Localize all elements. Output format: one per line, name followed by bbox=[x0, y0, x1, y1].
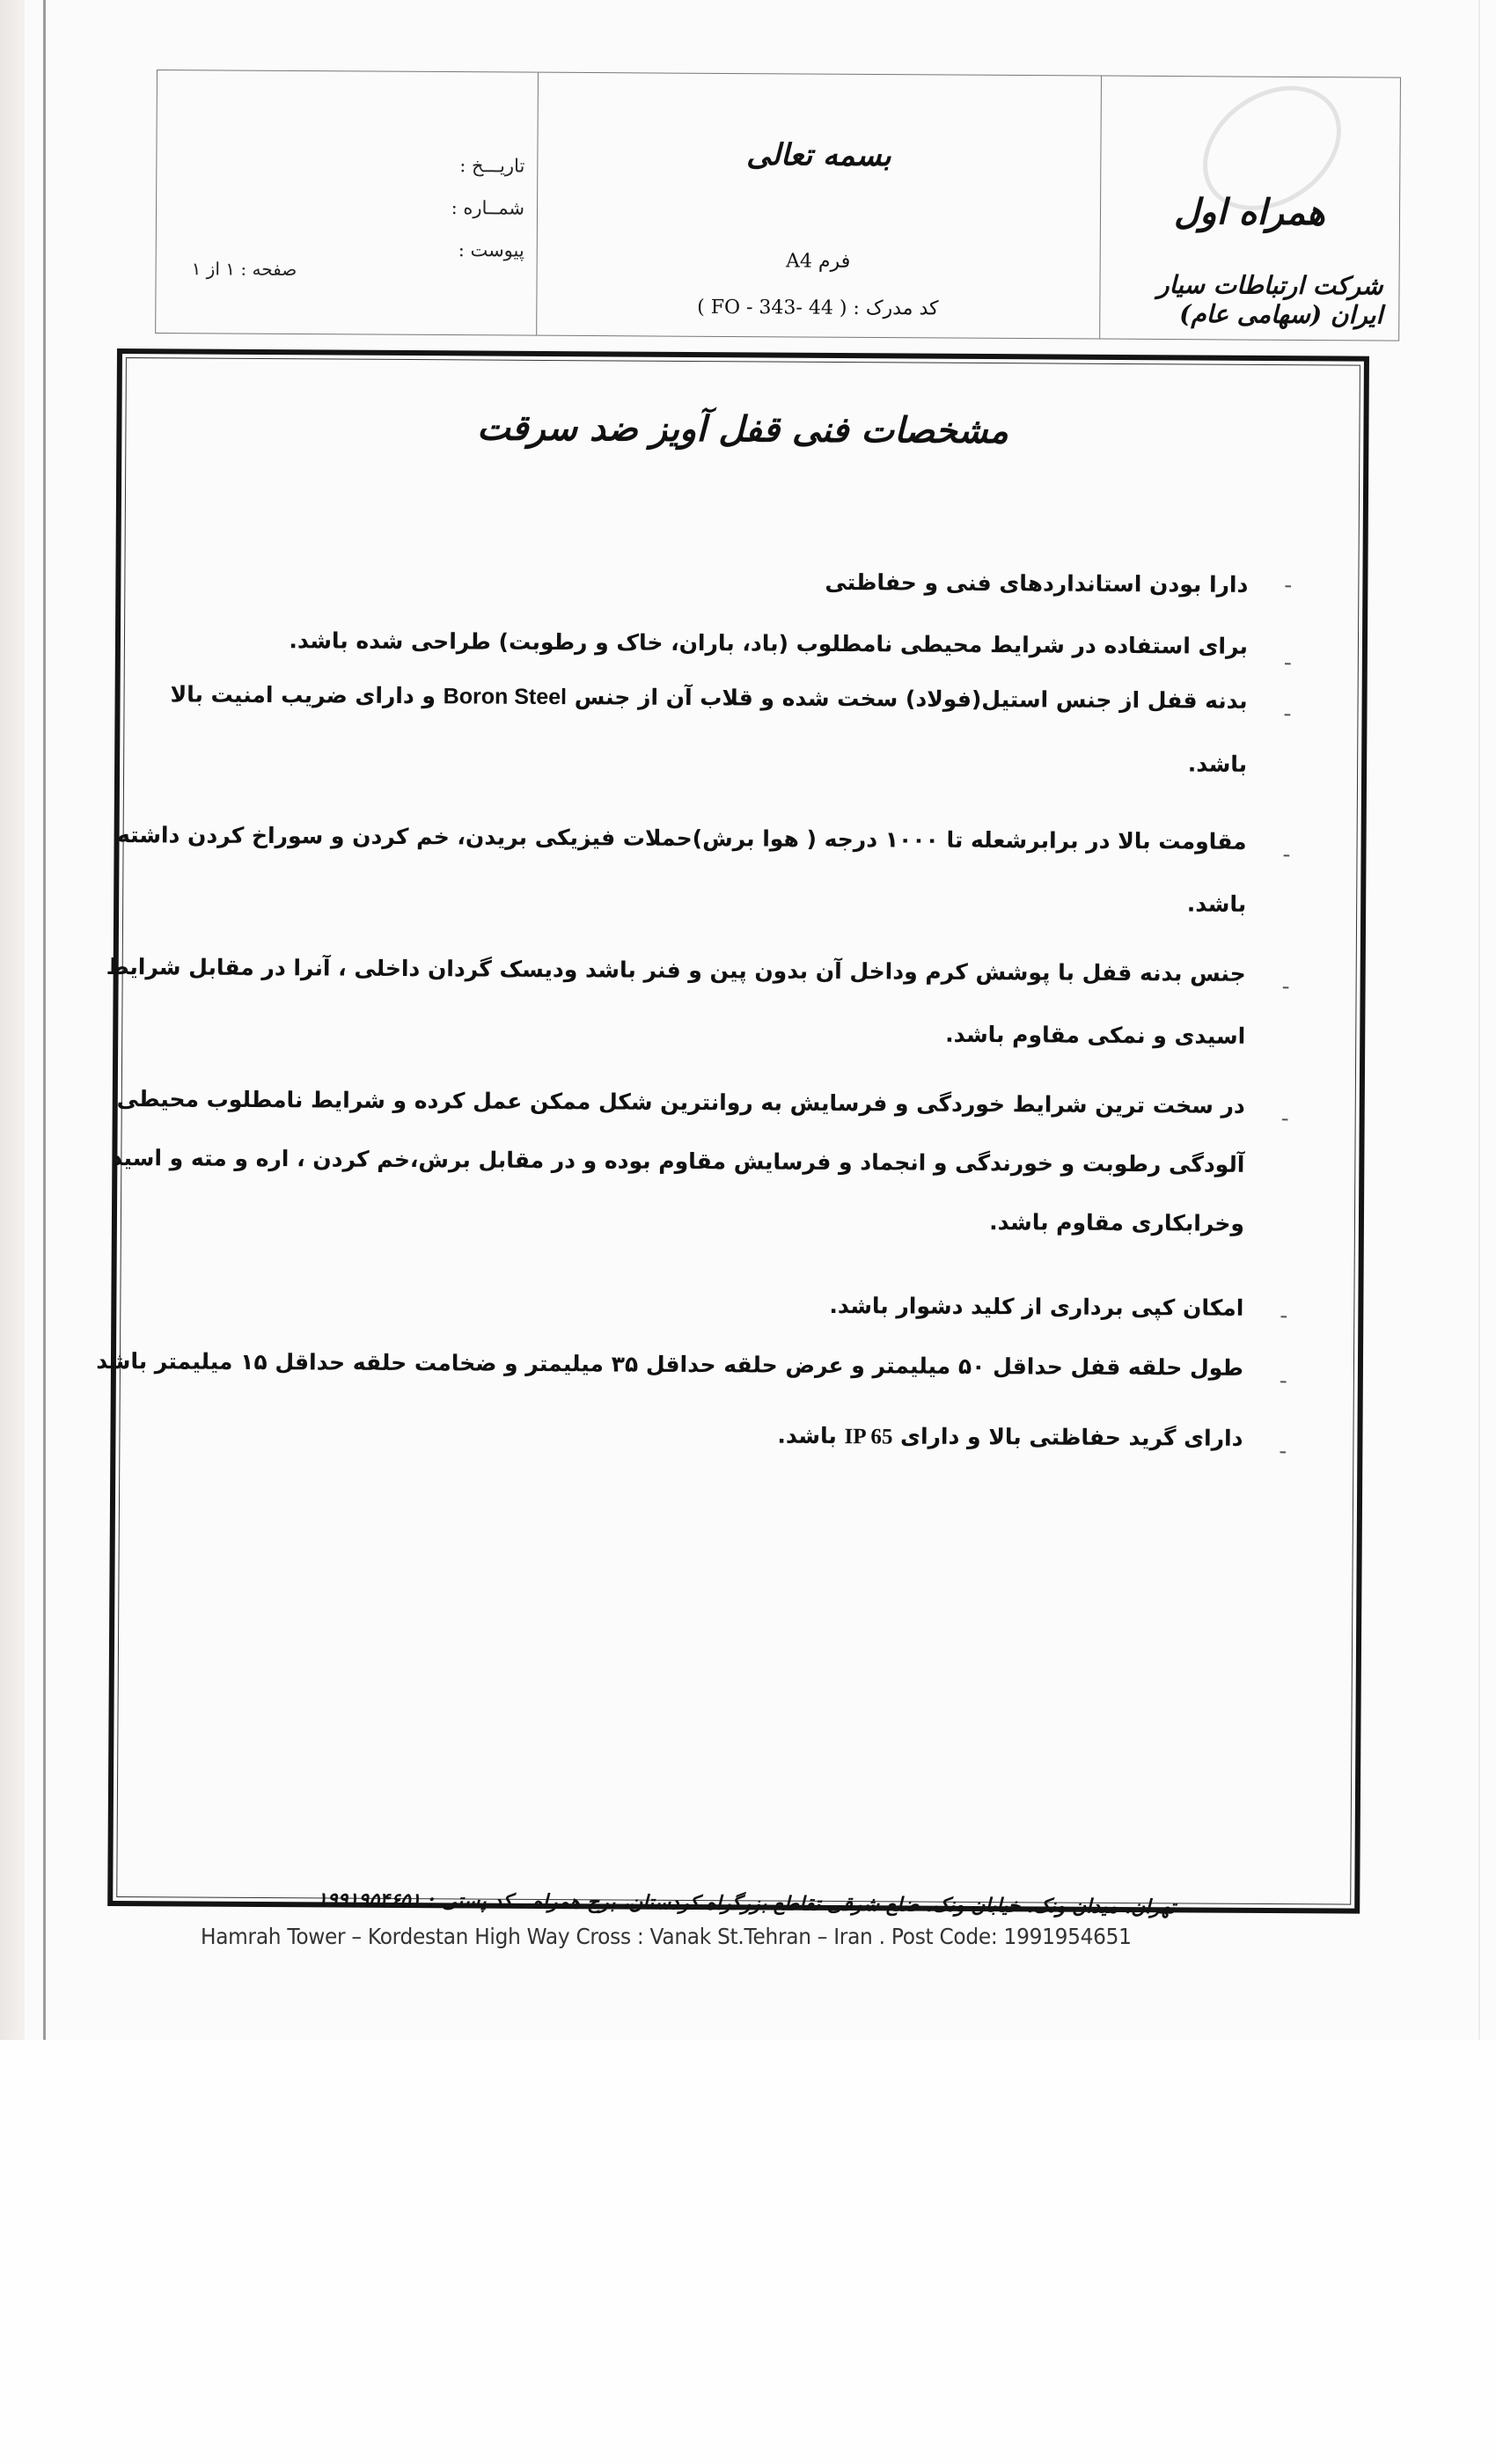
document-code: کد مدرک : ( FO - 343- 44 ) bbox=[536, 296, 1099, 321]
spec-text-part: و دارای ضریب امنیت بالا bbox=[170, 681, 436, 708]
spec-text: دارای گرید حفاظتی بالا و دارای IP 65 باش… bbox=[184, 1419, 1243, 1451]
bullet-dash: - bbox=[1281, 1105, 1289, 1131]
spec-item: - طول حلقه قفل حداقل ۵۰ میلیمتر و عرض حل… bbox=[185, 1348, 1243, 1425]
date-label: تاریـــخ : bbox=[451, 144, 525, 187]
bullet-dash: - bbox=[1283, 700, 1291, 726]
spec-item: - در سخت ترین شرایط خوردگی و فرسایش به ر… bbox=[185, 1086, 1244, 1294]
spec-item: - دارای گرید حفاظتی بالا و دارای IP 65 ب… bbox=[184, 1419, 1243, 1478]
scan-edge-line bbox=[43, 0, 46, 2040]
spec-item: - دارا بودن استانداردهای فنی و حفاظتی bbox=[189, 566, 1248, 634]
bullet-dash: - bbox=[1284, 649, 1292, 675]
ip-rating: IP 65 bbox=[844, 1425, 892, 1448]
footer-address-english: Hamrah Tower – Kordestan High Way Cross … bbox=[201, 1924, 1132, 1949]
letterhead-header: تاریـــخ : شمــاره : پیوست : صفحه : ۱ از… bbox=[155, 70, 1401, 341]
spec-item: - بدنه قفل از جنس استیل(فولاد) سخت شده و… bbox=[188, 682, 1248, 829]
document-title: مشخصات فنی قفل آویز ضد سرقت bbox=[121, 405, 1363, 454]
spec-text: جنس بدنه قفل با پوشش کرم وداخل آن بدون پ… bbox=[187, 955, 1246, 986]
spec-text-part: دارای گرید حفاظتی بالا و دارای bbox=[900, 1423, 1243, 1450]
spec-text: برای استفاده در شرایط محیطی نامطلوب (باد… bbox=[189, 627, 1248, 659]
bismillah-heading: بسمه تعالی bbox=[537, 136, 1100, 175]
spec-text-continuation: آلودگی رطوبت و خورندگی و انجماد و فرسایش… bbox=[186, 1145, 1244, 1177]
spec-text: امکان کپی برداری از کلید دشوار باشد. bbox=[185, 1288, 1243, 1320]
spec-item: - امکان کپی برداری از کلید دشوار باشد. bbox=[185, 1288, 1243, 1354]
bullet-dash: - bbox=[1280, 1368, 1287, 1393]
spec-text: در سخت ترین شرایط خوردگی و فرسایش به روا… bbox=[187, 1086, 1245, 1118]
spec-text-continuation: باشد. bbox=[188, 745, 1247, 777]
number-label: شمــاره : bbox=[451, 187, 525, 230]
spec-text-part: بدنه قفل از جنس استیل(فولاد) سخت شده و ق… bbox=[575, 684, 1248, 714]
attachment-label: پیوست : bbox=[451, 229, 524, 272]
bullet-dash: - bbox=[1281, 973, 1289, 999]
meta-fields: تاریـــخ : شمــاره : پیوست : bbox=[451, 144, 524, 272]
spec-text: دارا بودن استانداردهای فنی و حفاظتی bbox=[189, 566, 1248, 598]
scanned-page: تاریـــخ : شمــاره : پیوست : صفحه : ۱ از… bbox=[0, 0, 1496, 2040]
spec-text-continuation: اسیدی و نمکی مقاوم باشد. bbox=[187, 1016, 1245, 1048]
company-name: شرکت ارتباطات سیار ایران (سهامی عام) bbox=[1099, 270, 1382, 330]
spec-text: بدنه قفل از جنس استیل(فولاد) سخت شده و ق… bbox=[189, 682, 1248, 715]
spec-text: طول حلقه قفل حداقل ۵۰ میلیمتر و عرض حلقه… bbox=[185, 1348, 1243, 1380]
bullet-dash: - bbox=[1280, 1302, 1287, 1328]
spec-text: مقاومت بالا در برابرشعله تا ۱۰۰۰ درجه ( … bbox=[188, 823, 1247, 854]
company-logo: همراه اول bbox=[1100, 191, 1399, 234]
header-center-column: بسمه تعالی فرم A4 کد مدرک : ( FO - 343- … bbox=[536, 73, 1102, 339]
page-number: صفحه : ۱ از ۱ bbox=[192, 258, 297, 280]
spec-item: - جنس بدنه قفل با پوشش کرم وداخل آن بدون… bbox=[187, 955, 1246, 1093]
scan-edge-line-right bbox=[1478, 0, 1480, 2040]
spec-text-part: باشد. bbox=[777, 1423, 836, 1448]
form-type: فرم A4 bbox=[537, 249, 1100, 275]
spec-list: - دارا بودن استانداردهای فنی و حفاظتی - … bbox=[184, 566, 1248, 1478]
spec-text-continuation: باشد. bbox=[187, 885, 1246, 917]
spec-text-continuation: وخرابکاری مقاوم باشد. bbox=[186, 1204, 1244, 1236]
header-meta-column: تاریـــخ : شمــاره : پیوست : صفحه : ۱ از… bbox=[156, 70, 539, 335]
bullet-dash: - bbox=[1282, 841, 1290, 867]
spec-item: - مقاومت بالا در برابرشعله تا ۱۰۰۰ درجه … bbox=[187, 823, 1247, 961]
document-body-frame: مشخصات فنی قفل آویز ضد سرقت - دارا بودن … bbox=[107, 348, 1369, 1914]
bullet-dash: - bbox=[1279, 1438, 1287, 1463]
bullet-dash: - bbox=[1284, 572, 1292, 598]
spec-item: - برای استفاده در شرایط محیطی نامطلوب (ب… bbox=[189, 627, 1248, 688]
scan-edge-shadow bbox=[0, 0, 25, 2040]
material-name: Boron Steel bbox=[444, 684, 567, 709]
header-brand-column: همراه اول شرکت ارتباطات سیار ایران (سهام… bbox=[1099, 77, 1400, 341]
